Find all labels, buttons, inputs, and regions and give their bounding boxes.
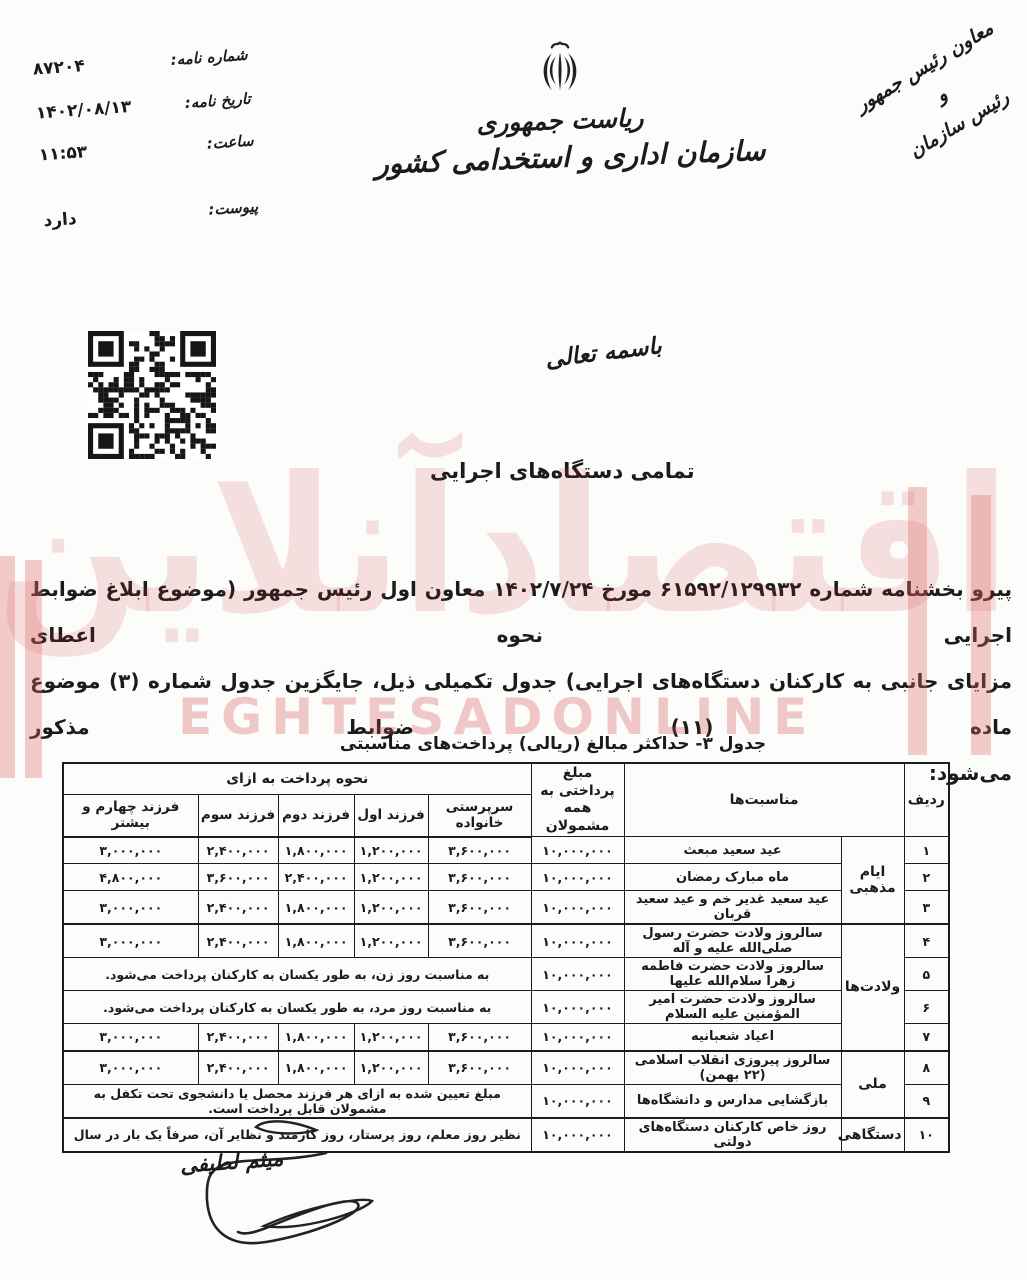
cell-amount: ۱۰,۰۰۰,۰۰۰ — [531, 864, 624, 891]
cell-row-no: ۵ — [904, 958, 949, 991]
cell-row-no: ۹ — [904, 1084, 949, 1118]
cell-child4: ۳,۰۰۰,۰۰۰ — [63, 1024, 198, 1051]
cell-family: ۳,۶۰۰,۰۰۰ — [428, 1051, 531, 1085]
letter-time-value: ۱۱:۵۳ — [38, 142, 88, 165]
cell-occasion: بازگشایی مدارس و دانشگاه‌ها — [624, 1084, 841, 1118]
meta-row-attachment: پیوست: دارد — [43, 196, 259, 231]
body-line-1: پیرو بخشنامه شماره ۶۱۵۹۲/۱۲۹۹۳۲ مورخ ۱۴۰… — [30, 566, 1012, 658]
col-header-child-2: فرزند دوم — [278, 794, 354, 836]
cell-child2: ۱,۸۰۰,۰۰۰ — [278, 891, 354, 925]
signature-scribble — [168, 1108, 448, 1268]
cell-child3: ۲,۴۰۰,۰۰۰ — [198, 1024, 278, 1051]
scanned-letter-page: شماره نامه: ۸۷۲۰۴ تاریخ نامه: ۱۴۰۲/۰۸/۱۳… — [0, 0, 1027, 1280]
col-header-child-4-plus: فرزند چهارم و بیشتر — [63, 794, 198, 836]
meta-row-time: ساعت: ۱۱:۵۳ — [38, 131, 254, 166]
table-row: ۲ ماه مبارک رمضان ۱۰,۰۰۰,۰۰۰ ۳,۶۰۰,۰۰۰ ۱… — [63, 864, 949, 891]
letter-date-label: تاریخ نامه: — [184, 90, 251, 113]
letter-number-value: ۸۷۲۰۴ — [32, 56, 85, 80]
cell-occasion: اعیاد شعبانیه — [624, 1024, 841, 1051]
cell-row-no: ۱۰ — [904, 1118, 949, 1152]
cell-family: ۳,۶۰۰,۰۰۰ — [428, 924, 531, 958]
col-header-amount-all: مبلغ پرداختی به همه مشمولان — [531, 763, 624, 837]
signer-role-block: معاون رئیس جمهور و رئیس سازمان — [852, 18, 1027, 218]
letter-time-label: ساعت: — [206, 131, 254, 152]
cell-occasion: سالروز ولادت حضرت فاطمه زهرا سلام‌الله ع… — [624, 958, 841, 991]
cell-occasion: سالروز ولادت حضرت رسول صلی‌الله علیه و آ… — [624, 924, 841, 958]
letter-attachment-label: پیوست: — [208, 197, 259, 218]
letter-number-label: شماره نامه: — [170, 46, 248, 69]
cell-family: ۳,۶۰۰,۰۰۰ — [428, 891, 531, 925]
cell-child1: ۱,۲۰۰,۰۰۰ — [354, 1051, 428, 1085]
letter-date-value: ۱۴۰۲/۰۸/۱۳ — [35, 97, 132, 124]
table-row: ۴ ولادت‌ها سالروز ولادت حضرت رسول صلی‌ال… — [63, 924, 949, 958]
cell-occasion: سالروز پیروزی انقلاب اسلامی (۲۲ بهمن) — [624, 1051, 841, 1085]
cell-child3: ۲,۴۰۰,۰۰۰ — [198, 837, 278, 864]
cell-note: به مناسبت روز زن، به طور یکسان به کارکنا… — [63, 958, 531, 991]
cell-row-no: ۸ — [904, 1051, 949, 1085]
cell-amount: ۱۰,۰۰۰,۰۰۰ — [531, 924, 624, 958]
letter-attachment-value: دارد — [43, 209, 77, 231]
cell-child4: ۳,۰۰۰,۰۰۰ — [63, 924, 198, 958]
cell-child3: ۲,۴۰۰,۰۰۰ — [198, 891, 278, 925]
table-title: جدول ۳- حداکثر مبالغ (ریالی) پرداخت‌های … — [110, 734, 996, 754]
cell-amount: ۱۰,۰۰۰,۰۰۰ — [531, 958, 624, 991]
table-row: ۱ ایام مذهبی عید سعید مبعث ۱۰,۰۰۰,۰۰۰ ۳,… — [63, 837, 949, 864]
cell-note: به مناسبت روز مرد، به طور یکسان به کارکن… — [63, 991, 531, 1024]
table-row: ۸ ملی سالروز پیروزی انقلاب اسلامی (۲۲ به… — [63, 1051, 949, 1085]
cell-occasion: سالروز ولادت حضرت امیر المؤمنین علیه الس… — [624, 991, 841, 1024]
cell-category-national: ملی — [841, 1051, 904, 1118]
cell-family: ۳,۶۰۰,۰۰۰ — [428, 1024, 531, 1051]
cell-amount: ۱۰,۰۰۰,۰۰۰ — [531, 837, 624, 864]
table-row: ۳ عید سعید غدیر خم و عید سعید قربان ۱۰,۰… — [63, 891, 949, 925]
cell-category-organizational: دستگاهی — [841, 1118, 904, 1152]
cell-amount: ۱۰,۰۰۰,۰۰۰ — [531, 1084, 624, 1118]
bismillah-text: باسمه تعالی — [544, 333, 663, 373]
cell-child3: ۳,۶۰۰,۰۰۰ — [198, 864, 278, 891]
cell-amount: ۱۰,۰۰۰,۰۰۰ — [531, 1051, 624, 1085]
cell-row-no: ۷ — [904, 1024, 949, 1051]
organization-name: سازمان اداری و استخدامی کشور — [375, 135, 746, 181]
cell-row-no: ۱ — [904, 837, 949, 864]
col-header-child-3: فرزند سوم — [198, 794, 278, 836]
iran-emblem-icon — [531, 38, 589, 102]
col-header-family-head: سرپرستی خانواده — [428, 794, 531, 836]
letter-meta-block: شماره نامه: ۸۷۲۰۴ تاریخ نامه: ۱۴۰۲/۰۸/۱۳… — [32, 45, 258, 232]
cell-child1: ۱,۲۰۰,۰۰۰ — [354, 1024, 428, 1051]
cell-occasion: عید سعید غدیر خم و عید سعید قربان — [624, 891, 841, 925]
table-row: ۵ سالروز ولادت حضرت فاطمه زهرا سلام‌الله… — [63, 958, 949, 991]
cell-occasion: ماه مبارک رمضان — [624, 864, 841, 891]
letterhead-center: ریاست جمهوری سازمان اداری و استخدامی کشو… — [375, 38, 745, 174]
cell-child4: ۳,۰۰۰,۰۰۰ — [63, 1051, 198, 1085]
cell-child3: ۲,۴۰۰,۰۰۰ — [198, 924, 278, 958]
cell-child4: ۴,۸۰۰,۰۰۰ — [63, 864, 198, 891]
cell-child2: ۱,۸۰۰,۰۰۰ — [278, 1051, 354, 1085]
payments-table: ردیف مناسبت‌ها مبلغ پرداختی به همه مشمول… — [62, 762, 950, 1153]
cell-child1: ۱,۲۰۰,۰۰۰ — [354, 837, 428, 864]
cell-occasion: عید سعید مبعث — [624, 837, 841, 864]
cell-category-religious: ایام مذهبی — [841, 837, 904, 925]
table-row: ۷ اعیاد شعبانیه ۱۰,۰۰۰,۰۰۰ ۳,۶۰۰,۰۰۰ ۱,۲… — [63, 1024, 949, 1051]
header-row-1: ردیف مناسبت‌ها مبلغ پرداختی به همه مشمول… — [63, 763, 949, 794]
table-row: ۶ سالروز ولادت حضرت امیر المؤمنین علیه ا… — [63, 991, 949, 1024]
cell-row-no: ۴ — [904, 924, 949, 958]
qr-code — [88, 331, 216, 459]
cell-child2: ۱,۸۰۰,۰۰۰ — [278, 837, 354, 864]
cell-row-no: ۳ — [904, 891, 949, 925]
cell-amount: ۱۰,۰۰۰,۰۰۰ — [531, 991, 624, 1024]
cell-amount: ۱۰,۰۰۰,۰۰۰ — [531, 1024, 624, 1051]
meta-row-number: شماره نامه: ۸۷۲۰۴ — [32, 45, 248, 80]
cell-child4: ۳,۰۰۰,۰۰۰ — [63, 837, 198, 864]
col-header-occasions: مناسبت‌ها — [624, 763, 904, 837]
cell-child4: ۳,۰۰۰,۰۰۰ — [63, 891, 198, 925]
cell-amount: ۱۰,۰۰۰,۰۰۰ — [531, 891, 624, 925]
cell-family: ۳,۶۰۰,۰۰۰ — [428, 837, 531, 864]
cell-family: ۳,۶۰۰,۰۰۰ — [428, 864, 531, 891]
cell-child2: ۱,۸۰۰,۰۰۰ — [278, 924, 354, 958]
cell-occasion: روز خاص کارکنان دستگاه‌های دولتی — [624, 1118, 841, 1152]
cell-amount: ۱۰,۰۰۰,۰۰۰ — [531, 1118, 624, 1152]
cell-child1: ۱,۲۰۰,۰۰۰ — [354, 891, 428, 925]
cell-row-no: ۶ — [904, 991, 949, 1024]
col-header-row-no: ردیف — [904, 763, 949, 837]
recipient-line: تمامی دستگاه‌های اجرایی — [430, 459, 695, 483]
cell-child1: ۱,۲۰۰,۰۰۰ — [354, 864, 428, 891]
cell-child2: ۲,۴۰۰,۰۰۰ — [278, 864, 354, 891]
presidency-title: ریاست جمهوری — [375, 100, 746, 142]
cell-child1: ۱,۲۰۰,۰۰۰ — [354, 924, 428, 958]
watermark-bar-left-1 — [0, 556, 15, 778]
meta-row-date: تاریخ نامه: ۱۴۰۲/۰۸/۱۳ — [35, 89, 251, 124]
col-header-child-1: فرزند اول — [354, 794, 428, 836]
cell-child3: ۲,۴۰۰,۰۰۰ — [198, 1051, 278, 1085]
col-header-per-group: نحوه پرداخت به ازای — [63, 763, 531, 794]
cell-row-no: ۲ — [904, 864, 949, 891]
cell-child2: ۱,۸۰۰,۰۰۰ — [278, 1024, 354, 1051]
cell-category-births: ولادت‌ها — [841, 924, 904, 1051]
